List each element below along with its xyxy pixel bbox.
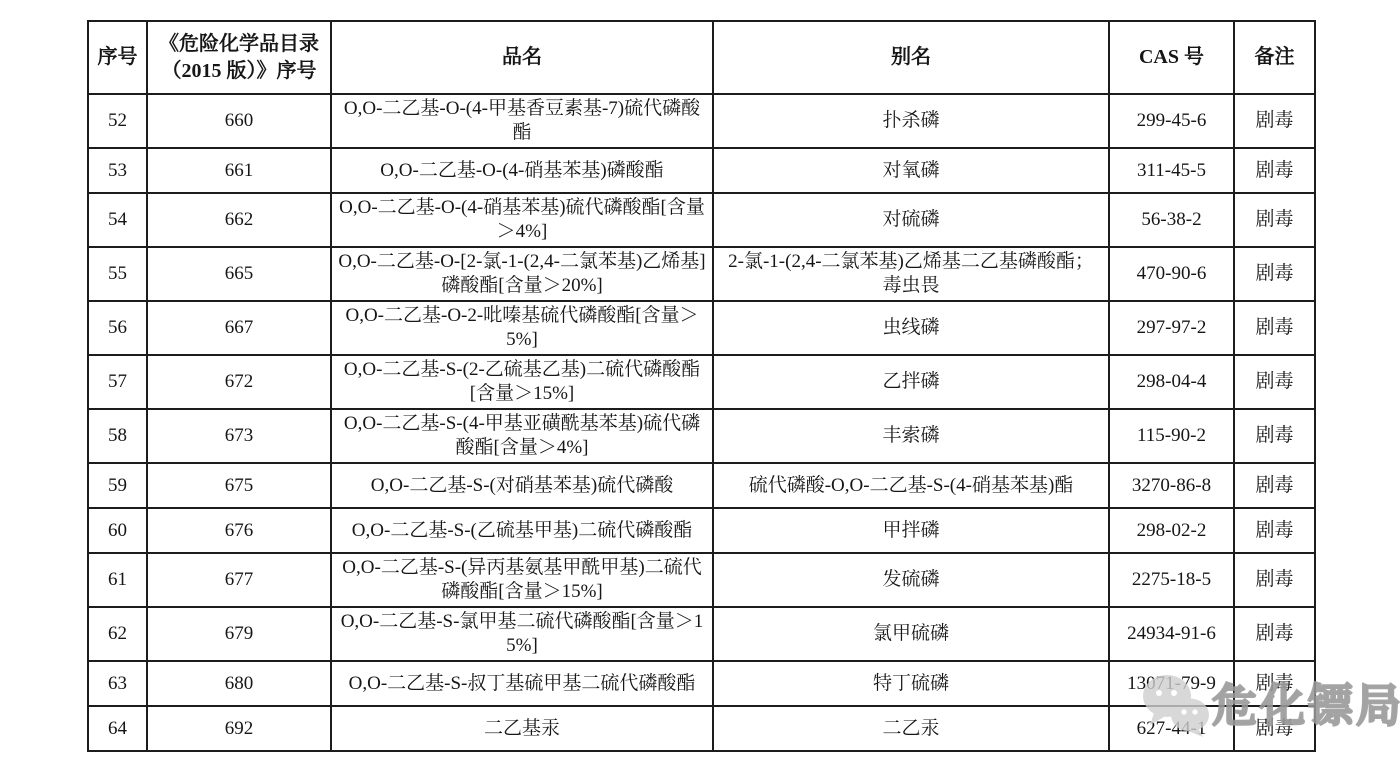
header-row: 序号《危险化学品目录（2015 版）》序号品名别名CAS 号备注 (88, 21, 1315, 94)
header-cell-cas: CAS 号 (1109, 21, 1234, 94)
cell-no: 64 (88, 706, 147, 751)
cell-name: 二乙基汞 (331, 706, 713, 751)
cell-name: O,O-二乙基-O-(4-硝基苯基)硫代磷酸酯[含量＞4%] (331, 193, 713, 247)
table-row: 52660O,O-二乙基-O-(4-甲基香豆素基-7)硫代磷酸酯扑杀磷299-4… (88, 94, 1315, 148)
cell-name: O,O-二乙基-O-[2-氯-1-(2,4-二氯苯基)乙烯基]磷酸酯[含量＞20… (331, 247, 713, 301)
cell-cas: 298-02-2 (1109, 508, 1234, 553)
cell-name: O,O-二乙基-S-(4-甲基亚磺酰基苯基)硫代磷酸酯[含量＞4%] (331, 409, 713, 463)
table-row: 61677O,O-二乙基-S-(异丙基氨基甲酰甲基)二硫代磷酸酯[含量＞15%]… (88, 553, 1315, 607)
cell-alias: 特丁硫磷 (713, 661, 1109, 706)
cell-no: 57 (88, 355, 147, 409)
cell-alias: 甲拌磷 (713, 508, 1109, 553)
cell-alias: 2-氯-1-(2,4-二氯苯基)乙烯基二乙基磷酸酯；毒虫畏 (713, 247, 1109, 301)
cell-alias: 对硫磷 (713, 193, 1109, 247)
header-cell-alias: 别名 (713, 21, 1109, 94)
hazardous-chemicals-table: 序号《危险化学品目录（2015 版）》序号品名别名CAS 号备注 52660O,… (87, 20, 1316, 752)
table-row: 56667O,O-二乙基-O-2-吡嗪基硫代磷酸酯[含量＞5%]虫线磷297-9… (88, 301, 1315, 355)
table-row: 64692二乙基汞二乙汞627-44-1剧毒 (88, 706, 1315, 751)
cell-remark: 剧毒 (1234, 706, 1315, 751)
cell-cas: 470-90-6 (1109, 247, 1234, 301)
cell-name: O,O-二乙基-O-(4-硝基苯基)磷酸酯 (331, 148, 713, 193)
cell-alias: 二乙汞 (713, 706, 1109, 751)
cell-catalog_no: 679 (147, 607, 331, 661)
cell-remark: 剧毒 (1234, 661, 1315, 706)
cell-no: 60 (88, 508, 147, 553)
cell-alias: 虫线磷 (713, 301, 1109, 355)
cell-no: 63 (88, 661, 147, 706)
cell-remark: 剧毒 (1234, 409, 1315, 463)
cell-name: O,O-二乙基-S-氯甲基二硫代磷酸酯[含量＞15%] (331, 607, 713, 661)
cell-remark: 剧毒 (1234, 301, 1315, 355)
cell-remark: 剧毒 (1234, 508, 1315, 553)
table-row: 59675O,O-二乙基-S-(对硝基苯基)硫代磷酸硫代磷酸-O,O-二乙基-S… (88, 463, 1315, 508)
cell-remark: 剧毒 (1234, 553, 1315, 607)
cell-alias: 丰索磷 (713, 409, 1109, 463)
cell-catalog_no: 672 (147, 355, 331, 409)
cell-name: O,O-二乙基-S-(异丙基氨基甲酰甲基)二硫代磷酸酯[含量＞15%] (331, 553, 713, 607)
cell-catalog_no: 661 (147, 148, 331, 193)
cell-alias: 氯甲硫磷 (713, 607, 1109, 661)
table-row: 63680O,O-二乙基-S-叔丁基硫甲基二硫代磷酸酯特丁硫磷13071-79-… (88, 661, 1315, 706)
cell-name: O,O-二乙基-S-(对硝基苯基)硫代磷酸 (331, 463, 713, 508)
cell-cas: 56-38-2 (1109, 193, 1234, 247)
cell-alias: 扑杀磷 (713, 94, 1109, 148)
cell-no: 53 (88, 148, 147, 193)
cell-cas: 2275-18-5 (1109, 553, 1234, 607)
table-row: 60676O,O-二乙基-S-(乙硫基甲基)二硫代磷酸酯甲拌磷298-02-2剧… (88, 508, 1315, 553)
header-cell-no: 序号 (88, 21, 147, 94)
cell-cas: 13071-79-9 (1109, 661, 1234, 706)
cell-no: 54 (88, 193, 147, 247)
cell-catalog_no: 667 (147, 301, 331, 355)
cell-name: O,O-二乙基-S-叔丁基硫甲基二硫代磷酸酯 (331, 661, 713, 706)
cell-catalog_no: 677 (147, 553, 331, 607)
header-cell-name: 品名 (331, 21, 713, 94)
cell-cas: 627-44-1 (1109, 706, 1234, 751)
cell-name: O,O-二乙基-S-(2-乙硫基乙基)二硫代磷酸酯[含量＞15%] (331, 355, 713, 409)
cell-cas: 115-90-2 (1109, 409, 1234, 463)
cell-catalog_no: 692 (147, 706, 331, 751)
table-row: 62679O,O-二乙基-S-氯甲基二硫代磷酸酯[含量＞15%]氯甲硫磷2493… (88, 607, 1315, 661)
header-cell-remark: 备注 (1234, 21, 1315, 94)
cell-remark: 剧毒 (1234, 355, 1315, 409)
document-page: 序号《危险化学品目录（2015 版）》序号品名别名CAS 号备注 52660O,… (0, 0, 1400, 763)
table-row: 57672O,O-二乙基-S-(2-乙硫基乙基)二硫代磷酸酯[含量＞15%]乙拌… (88, 355, 1315, 409)
cell-catalog_no: 675 (147, 463, 331, 508)
header-cell-catalog_no: 《危险化学品目录（2015 版）》序号 (147, 21, 331, 94)
cell-cas: 297-97-2 (1109, 301, 1234, 355)
cell-remark: 剧毒 (1234, 193, 1315, 247)
cell-catalog_no: 673 (147, 409, 331, 463)
cell-cas: 298-04-4 (1109, 355, 1234, 409)
cell-catalog_no: 662 (147, 193, 331, 247)
table-row: 58673O,O-二乙基-S-(4-甲基亚磺酰基苯基)硫代磷酸酯[含量＞4%]丰… (88, 409, 1315, 463)
cell-catalog_no: 660 (147, 94, 331, 148)
cell-alias: 硫代磷酸-O,O-二乙基-S-(4-硝基苯基)酯 (713, 463, 1109, 508)
cell-remark: 剧毒 (1234, 463, 1315, 508)
cell-alias: 对氧磷 (713, 148, 1109, 193)
cell-no: 59 (88, 463, 147, 508)
cell-no: 58 (88, 409, 147, 463)
cell-no: 55 (88, 247, 147, 301)
cell-no: 52 (88, 94, 147, 148)
cell-cas: 24934-91-6 (1109, 607, 1234, 661)
cell-remark: 剧毒 (1234, 247, 1315, 301)
cell-catalog_no: 676 (147, 508, 331, 553)
cell-no: 56 (88, 301, 147, 355)
cell-no: 61 (88, 553, 147, 607)
cell-remark: 剧毒 (1234, 607, 1315, 661)
table-row: 53661O,O-二乙基-O-(4-硝基苯基)磷酸酯对氧磷311-45-5剧毒 (88, 148, 1315, 193)
cell-remark: 剧毒 (1234, 148, 1315, 193)
cell-no: 62 (88, 607, 147, 661)
cell-alias: 乙拌磷 (713, 355, 1109, 409)
table-row: 55665O,O-二乙基-O-[2-氯-1-(2,4-二氯苯基)乙烯基]磷酸酯[… (88, 247, 1315, 301)
cell-name: O,O-二乙基-O-2-吡嗪基硫代磷酸酯[含量＞5%] (331, 301, 713, 355)
cell-catalog_no: 665 (147, 247, 331, 301)
cell-name: O,O-二乙基-O-(4-甲基香豆素基-7)硫代磷酸酯 (331, 94, 713, 148)
cell-name: O,O-二乙基-S-(乙硫基甲基)二硫代磷酸酯 (331, 508, 713, 553)
table-row: 54662O,O-二乙基-O-(4-硝基苯基)硫代磷酸酯[含量＞4%]对硫磷56… (88, 193, 1315, 247)
cell-cas: 311-45-5 (1109, 148, 1234, 193)
cell-alias: 发硫磷 (713, 553, 1109, 607)
cell-cas: 3270-86-8 (1109, 463, 1234, 508)
cell-remark: 剧毒 (1234, 94, 1315, 148)
cell-catalog_no: 680 (147, 661, 331, 706)
cell-cas: 299-45-6 (1109, 94, 1234, 148)
